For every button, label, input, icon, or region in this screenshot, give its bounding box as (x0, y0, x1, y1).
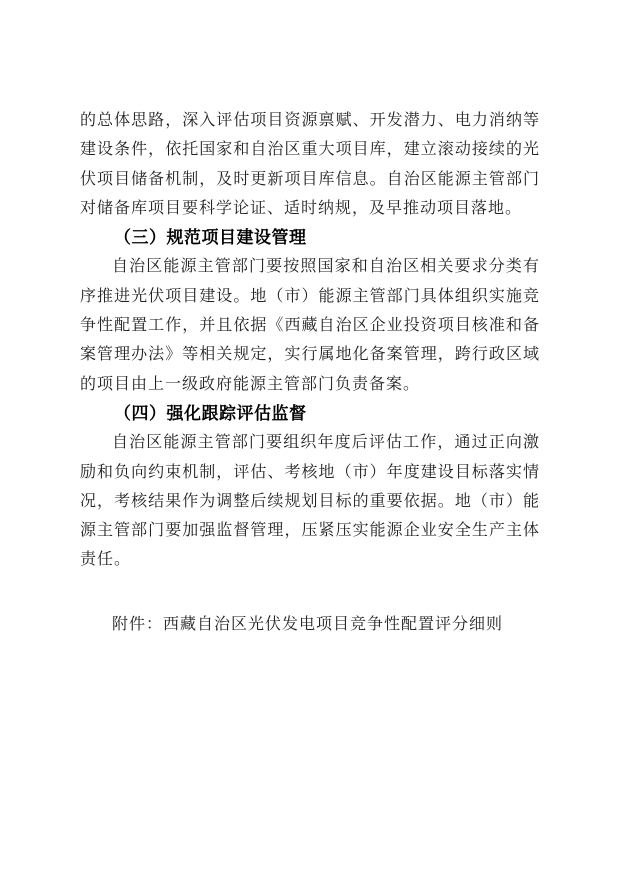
paragraph-continuation: 的总体思路，深入评估项目资源禀赋、开发潜力、电力消纳等建设条件，依托国家和自治区… (80, 106, 540, 223)
section-4-body: 自治区能源主管部门要组织年度后评估工作，通过正向激励和负向约束机制，评估、考核地… (80, 428, 540, 574)
section-4-heading: （四）强化跟踪评估监督 (80, 399, 540, 428)
document-body: 的总体思路，深入评估项目资源禀赋、开发潜力、电力消纳等建设条件，依托国家和自治区… (80, 106, 540, 639)
section-3-heading: （三）规范项目建设管理 (80, 223, 540, 252)
document-page: 的总体思路，深入评估项目资源禀赋、开发潜力、电力消纳等建设条件，依托国家和自治区… (0, 0, 620, 876)
attachment-line: 附件：西藏自治区光伏发电项目竞争性配置评分细则 (80, 610, 540, 639)
section-3-body: 自治区能源主管部门要按照国家和自治区相关要求分类有序推进光伏项目建设。地（市）能… (80, 252, 540, 398)
